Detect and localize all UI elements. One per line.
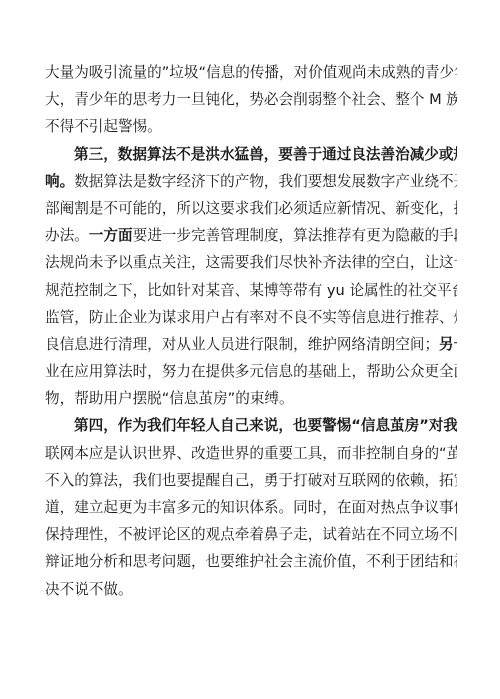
text-run: 物，帮助用户摆脱“信息茧房”的束缚。 [45, 390, 294, 407]
text-run: 法规尚未予以重点关注，这需要我们尽快补齐法律的空白，让这一工具在法律的 [45, 254, 457, 271]
text-run: 办法。 [45, 227, 89, 244]
text-run: 决不说不做。 [45, 581, 133, 598]
text-line: 不入的算法，我们也要提醒自己，勇于打破对互联网的依赖，拓宽信息获取的渠 [45, 467, 457, 494]
text-line: 保持理性，不被评论区的观点牵着鼻子走，试着站在不同立场不同视角，学会更 [45, 521, 457, 548]
text-run: 保持理性，不被评论区的观点牵着鼻子走，试着站在不同立场不同视角，学会更 [45, 526, 457, 543]
text-run: 规范控制之下，比如针对某音、某博等带有 yu 论属性的社交平台，要纳入严格 [45, 282, 457, 299]
text-line: 不得不引起警惕。 [45, 113, 457, 140]
text-line: 联网本应是认识世界、改造世界的重要工具，而非控制自身的“茧”。面对无孔 [45, 440, 457, 467]
text-run: 业在应用算法时，努力在提供多元信息的基础上，帮助公众更全面客观地认识事 [45, 363, 457, 380]
text-run: 辩证地分析和思考问题，也要维护社会主流价值，不利于团结和社会发展的事坚 [45, 553, 457, 570]
section-heading-third: 第三，数据算法不是洪水猛兽，要善于通过良法善治减少或规避其负面影 [45, 141, 457, 168]
text-run: 部阉割是不可能的，所以这要求我们必须适应新情况、新变化，探索有效监管的 [45, 200, 457, 217]
text-run: 监管，防止企业为谋求用户占有率对不良不实等信息进行推荐、炒作，同时对不 [45, 309, 457, 326]
text-run: 要进一步完善管理制度，算法推荐有更为隐蔽的手段，现行的法律 [133, 227, 457, 244]
text-run: 联网本应是认识世界、改造世界的重要工具，而非控制自身的“茧”。面对无孔 [45, 445, 457, 462]
text-line: 良信息进行清理，对从业人员进行限制，维护网络清朗空间；另一方面应鼓励企 [45, 331, 457, 358]
text-run: 大，青少年的思考力一旦钝化，势必会削弱整个社会、整个 M 族的创造力，这 [45, 91, 457, 108]
bold-run: 第三，数据算法不是洪水猛兽，要善于通过良法善治减少或规避其负面影 [74, 146, 457, 163]
document-page: 大量为吸引流量的”垃圾“信息的传播，对价值观尚未成熟的青少年来说影响巨 大，青少… [45, 59, 457, 603]
text-line: 部阉割是不可能的，所以这要求我们必须适应新情况、新变化，探索有效监管的 [45, 195, 457, 222]
text-run: 道，建立起更为丰富多元的知识体系。同时，在面对热点争议事件时，我们既要 [45, 499, 457, 516]
text-line: 决不说不做。 [45, 576, 457, 603]
text-run: 不得不引起警惕。 [45, 118, 162, 135]
bold-run: 另一方面 [439, 336, 457, 353]
text-line: 道，建立起更为丰富多元的知识体系。同时，在面对热点争议事件时，我们既要 [45, 494, 457, 521]
text-line: 大量为吸引流量的”垃圾“信息的传播，对价值观尚未成熟的青少年来说影响巨 [45, 59, 457, 86]
text-line: 大，青少年的思考力一旦钝化，势必会削弱整个社会、整个 M 族的创造力，这 [45, 86, 457, 113]
text-line: 规范控制之下，比如针对某音、某博等带有 yu 论属性的社交平台，要纳入严格 [45, 277, 457, 304]
text-run: 良信息进行清理，对从业人员进行限制，维护网络清朗空间； [45, 336, 439, 353]
text-run: 数据算法是数字经济下的产物，我们要想发展数字产业绕不开数据算法，全 [74, 173, 457, 190]
bold-run: 一方面 [89, 227, 133, 244]
text-line: 办法。一方面要进一步完善管理制度，算法推荐有更为隐蔽的手段，现行的法律 [45, 222, 457, 249]
text-line: 监管，防止企业为谋求用户占有率对不良不实等信息进行推荐、炒作，同时对不 [45, 304, 457, 331]
section-heading-fourth: 第四，作为我们年轻人自己来说，也要警惕“信息茧房”对我们的影响。互 [45, 412, 457, 439]
text-run: 大量为吸引流量的”垃圾“信息的传播，对价值观尚未成熟的青少年来说影响巨 [45, 64, 457, 81]
text-run: 不入的算法，我们也要提醒自己，勇于打破对互联网的依赖，拓宽信息获取的渠 [45, 472, 457, 489]
text-line: 业在应用算法时，努力在提供多元信息的基础上，帮助公众更全面客观地认识事 [45, 358, 457, 385]
text-line: 辩证地分析和思考问题，也要维护社会主流价值，不利于团结和社会发展的事坚 [45, 548, 457, 575]
text-line: 物，帮助用户摆脱“信息茧房”的束缚。 [45, 385, 457, 412]
bold-run: 第四，作为我们年轻人自己来说，也要警惕“信息茧房”对我们的影响。 [74, 417, 457, 434]
text-line: 法规尚未予以重点关注，这需要我们尽快补齐法律的空白，让这一工具在法律的 [45, 249, 457, 276]
text-line: 响。数据算法是数字经济下的产物，我们要想发展数字产业绕不开数据算法，全 [45, 168, 457, 195]
bold-run: 响。 [45, 173, 74, 190]
